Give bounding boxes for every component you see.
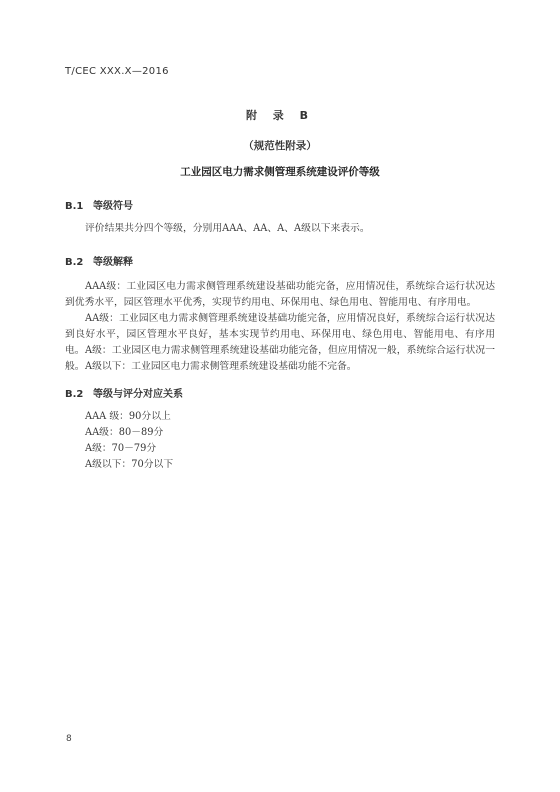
section-heading-b2-scores: B.2等级与评分对应关系: [65, 385, 183, 400]
paragraph-below-a: A级以下：工业园区电力需求侧管理系统建设基础功能不完备。: [65, 359, 495, 375]
score-line-aaa: AAA 级：90分以上: [85, 409, 171, 425]
score-line-below-a: A级以下：70分以下: [85, 457, 173, 473]
section-title: 等级与评分对应关系: [93, 389, 183, 400]
section-number: B.1: [65, 201, 93, 212]
appendix-title: 附 录 B: [0, 107, 560, 123]
section-heading-b1: B.1等级符号: [65, 197, 133, 212]
section-title: 等级解释: [93, 257, 133, 268]
section-number: B.2: [65, 389, 93, 400]
section-heading-b2: B.2等级解释: [65, 253, 133, 268]
appendix-name: 工业园区电力需求侧管理系统建设评价等级: [0, 164, 560, 179]
score-line-a: A级：70－79分: [85, 441, 156, 457]
appendix-type: （规范性附录）: [0, 138, 560, 153]
page-number: 8: [66, 734, 72, 744]
section-title: 等级符号: [93, 201, 133, 212]
score-line-aa: AA级：80－89分: [85, 425, 163, 441]
standard-code: T/CEC XXX.X—2016: [65, 66, 169, 77]
paragraph-grade-symbols: 评价结果共分四个等级，分别用AAA、AA、A、A级以下来表示。: [65, 221, 495, 237]
section-number: B.2: [65, 257, 93, 268]
paragraph-aaa: AAA级：工业园区电力需求侧管理系统建设基础功能完备，应用情况佳，系统综合运行状…: [65, 279, 495, 311]
